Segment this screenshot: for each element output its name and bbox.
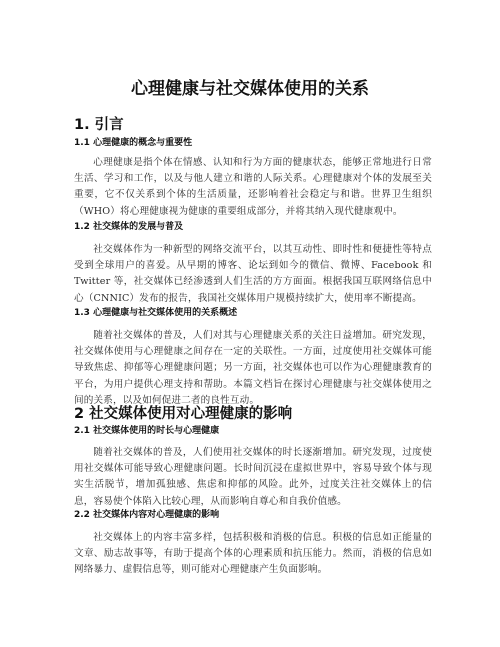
paragraph-2-1: 随着社交媒体的普及，人们使用社交媒体的时长逐渐增加。研究发现，过度使用社交媒体可…: [74, 445, 432, 510]
paragraph-1-3: 随着社交媒体的普及，人们对其与心理健康关系的关注日益增加。研究发现，社交媒体使用…: [74, 328, 432, 409]
document-title: 心理健康与社交媒体使用的关系: [74, 78, 426, 100]
subsection-heading-2-1: 2.1 社交媒体使用的时长与心理健康: [74, 424, 219, 438]
section-heading-2: 2 社交媒体使用对心理健康的影响: [74, 404, 292, 424]
subsection-heading-1-3: 1.3 心理健康与社交媒体使用的关系概述: [74, 306, 237, 320]
subsection-heading-1-2: 1.2 社交媒体的发展与普及: [74, 220, 183, 234]
paragraph-1-1: 心理健康是指个体在情感、认知和行为方面的健康状态，能够正常地进行日常生活、学习和…: [74, 155, 432, 220]
subsection-heading-1-1: 1.1 心理健康的概念与重要性: [74, 136, 192, 150]
paragraph-2-2: 社交媒体上的内容丰富多样，包括积极和消极的信息。积极的信息如正能量的文章、励志故…: [74, 530, 432, 579]
section-heading-intro: 1. 引言: [74, 115, 124, 135]
paragraph-1-2: 社交媒体作为一种新型的网络交流平台，以其互动性、即时性和便捷性等特点受到全球用户…: [74, 242, 432, 307]
subsection-heading-2-2: 2.2 社交媒体内容对心理健康的影响: [74, 508, 219, 522]
